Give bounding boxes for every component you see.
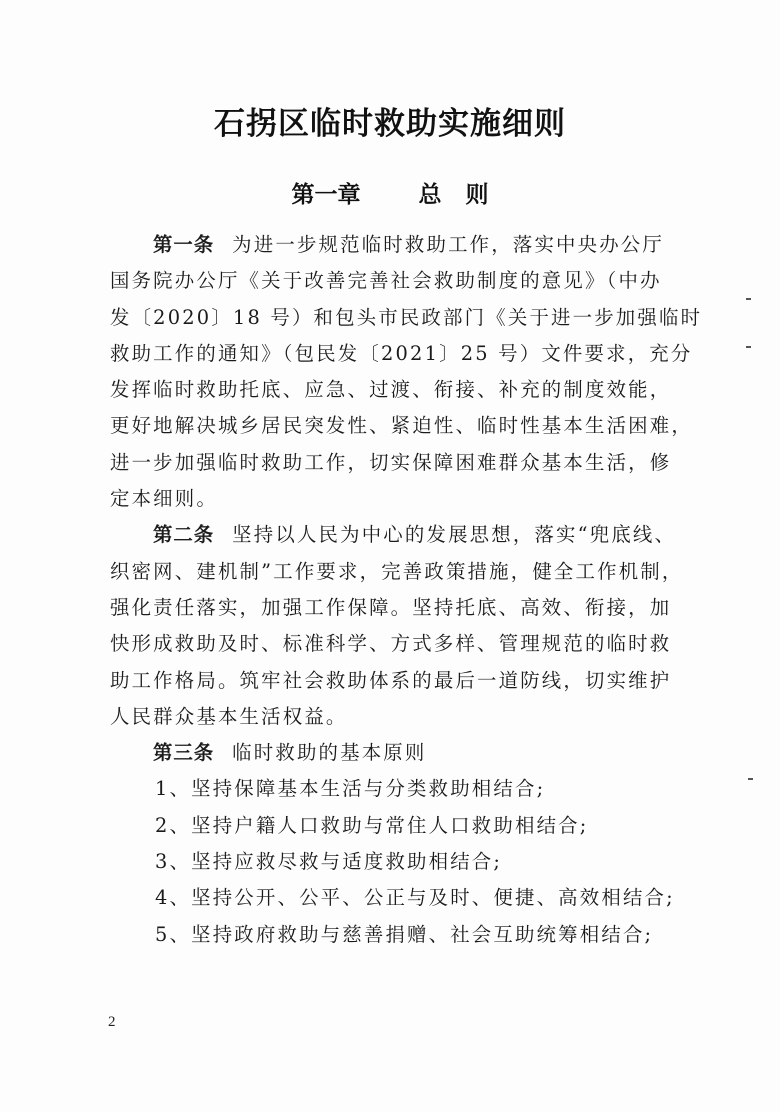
paragraph-line: 进一步加强临时救助工作，切实保障困难群众基本生活，修 [110, 445, 670, 481]
document-title: 石拐区临时救助实施细则 [0, 98, 780, 143]
principle-item: 2、坚持户籍人口救助与常住人口救助相结合; [110, 808, 670, 844]
chapter-heading: 第一章总则 [0, 176, 780, 209]
article-1-line-1: 第一条为进一步规范临时救助工作，落实中央办公厅 [110, 227, 670, 263]
paragraph-line: 救助工作的通知》（包民发〔2021〕25 号）文件要求，充分 [110, 336, 670, 372]
chapter-name-part1: 总 [419, 182, 442, 208]
principle-item: 3、坚持应救尽救与适度救助相结合; [110, 844, 670, 880]
article-2-line-1: 第二条坚持以人民为中心的发展思想，落实“兜底线、 [110, 517, 670, 553]
paragraph-text: 为进一步规范临时救助工作，落实中央办公厅 [232, 233, 664, 256]
scan-artifact [746, 346, 751, 348]
paragraph-line: 更好地解决城乡居民突发性、紧迫性、临时性基本生活困难， [110, 408, 670, 444]
document-body: 第一条为进一步规范临时救助工作，落实中央办公厅 国务院办公厅《关于改善完善社会救… [110, 227, 670, 953]
article-label: 第二条 [153, 523, 214, 546]
paragraph-line: 发挥临时救助托底、应急、过渡、衔接、补充的制度效能， [110, 372, 670, 408]
chapter-number: 第一章 [292, 182, 361, 208]
article-label: 第一条 [153, 233, 214, 256]
paragraph-text: 临时救助的基本原则 [232, 741, 426, 764]
scan-artifact [748, 778, 753, 780]
paragraph-text: 坚持以人民为中心的发展思想，落实“兜底线、 [232, 523, 676, 546]
document-page: 石拐区临时救助实施细则 第一章总则 第一条为进一步规范临时救助工作，落实中央办公… [0, 0, 780, 1112]
principle-item: 4、坚持公开、公平、公正与及时、便捷、高效相结合; [110, 880, 670, 916]
scan-artifact [746, 298, 751, 300]
page-number: 2 [108, 1014, 116, 1031]
principle-item: 5、坚持政府救助与慈善捐赠、社会互助统筹相结合; [110, 917, 670, 953]
chapter-name-part2: 则 [466, 182, 489, 208]
paragraph-line: 国务院办公厅《关于改善完善社会救助制度的意见》（中办 [110, 263, 670, 299]
paragraph-line: 助工作格局。筑牢社会救助体系的最后一道防线，切实维护 [110, 663, 670, 699]
paragraph-line: 强化责任落实，加强工作保障。坚持托底、高效、衔接，加 [110, 590, 670, 626]
article-3-line-1: 第三条临时救助的基本原则 [110, 735, 670, 771]
article-label: 第三条 [153, 741, 214, 764]
paragraph-line: 发〔2020〕18 号）和包头市民政部门《关于进一步加强临时 [110, 300, 670, 336]
principle-item: 1、坚持保障基本生活与分类救助相结合; [110, 771, 670, 807]
paragraph-line: 快形成救助及时、标准科学、方式多样、管理规范的临时救 [110, 626, 670, 662]
paragraph-line: 人民群众基本生活权益。 [110, 699, 670, 735]
paragraph-line: 定本细则。 [110, 481, 670, 517]
paragraph-line: 织密网、建机制”工作要求，完善政策措施，健全工作机制， [110, 554, 670, 590]
